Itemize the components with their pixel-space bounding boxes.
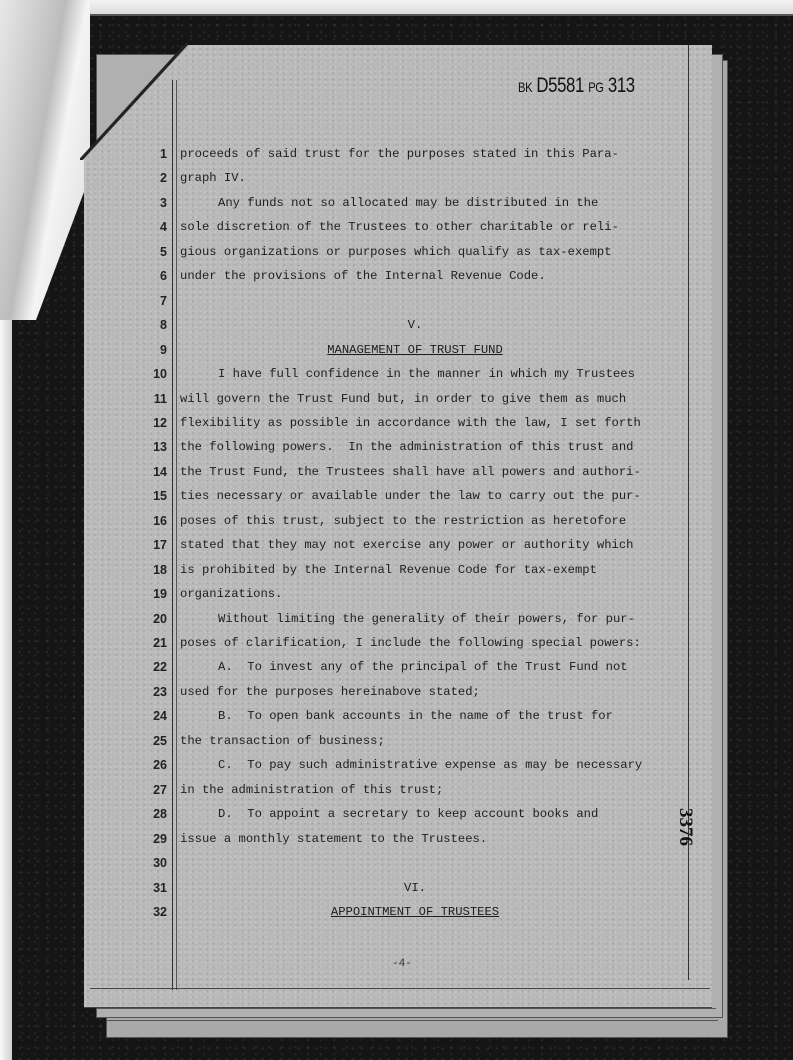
line-number: 21 — [140, 633, 167, 653]
document-line: 2graph IV. — [140, 168, 700, 188]
document-line: 16poses of this trust, subject to the re… — [140, 511, 700, 531]
line-number: 15 — [140, 486, 167, 506]
document-line: 32APPOINTMENT OF TRUSTEES — [140, 902, 700, 922]
document-line: 20Without limiting the generality of the… — [140, 609, 700, 629]
line-number: 26 — [140, 755, 167, 775]
line-number: 9 — [140, 340, 167, 360]
document-line: 6under the provisions of the Internal Re… — [140, 266, 700, 286]
line-text: organizations. — [180, 584, 282, 604]
line-text: VI. — [180, 878, 650, 898]
document-line: 4sole discretion of the Trustees to othe… — [140, 217, 700, 237]
line-number: 5 — [140, 242, 167, 262]
book-page-reference-stamp: BK D5581 PG 313 — [518, 74, 635, 98]
document-line: 13the following powers. In the administr… — [140, 437, 700, 457]
line-text: is prohibited by the Internal Revenue Co… — [180, 560, 597, 580]
scanner-top-edge — [0, 0, 793, 16]
document-line: 15ties necessary or available under the … — [140, 486, 700, 506]
line-number: 31 — [140, 878, 167, 898]
page-number: -4- — [392, 958, 412, 970]
book-label: BK — [518, 79, 532, 95]
document-line: 24B. To open bank accounts in the name o… — [140, 706, 700, 726]
line-number: 17 — [140, 535, 167, 555]
line-number: 2 — [140, 168, 167, 188]
document-line: 19organizations. — [140, 584, 700, 604]
document-line: 10I have full confidence in the manner i… — [140, 364, 700, 384]
line-text: used for the purposes hereinabove stated… — [180, 682, 480, 702]
document-line: 17stated that they may not exercise any … — [140, 535, 700, 555]
line-number: 4 — [140, 217, 167, 237]
line-text: I have full confidence in the manner in … — [218, 364, 635, 384]
line-number: 1 — [140, 144, 167, 164]
line-number: 25 — [140, 731, 167, 751]
document-line: 14the Trust Fund, the Trustees shall hav… — [140, 462, 700, 482]
line-text: issue a monthly statement to the Trustee… — [180, 829, 487, 849]
document-line: 27in the administration of this trust; — [140, 780, 700, 800]
document-line: 12flexibility as possible in accordance … — [140, 413, 700, 433]
side-stamp-number: 3376 — [674, 808, 696, 868]
line-number: 13 — [140, 437, 167, 457]
line-number: 3 — [140, 193, 167, 213]
document-line: 29issue a monthly statement to the Trust… — [140, 829, 700, 849]
line-text: under the provisions of the Internal Rev… — [180, 266, 546, 286]
line-number: 22 — [140, 657, 167, 677]
document-line: 3Any funds not so allocated may be distr… — [140, 193, 700, 213]
line-number: 23 — [140, 682, 167, 702]
line-text: will govern the Trust Fund but, in order… — [180, 389, 626, 409]
line-number: 8 — [140, 315, 167, 335]
line-number: 28 — [140, 804, 167, 824]
line-text: proceeds of said trust for the purposes … — [180, 144, 619, 164]
line-text: A. To invest any of the principal of the… — [218, 657, 628, 677]
line-number: 27 — [140, 780, 167, 800]
line-number: 16 — [140, 511, 167, 531]
line-number: 29 — [140, 829, 167, 849]
line-text: poses of clarification, I include the fo… — [180, 633, 641, 653]
line-text: V. — [180, 315, 650, 335]
document-line: 26C. To pay such administrative expense … — [140, 755, 700, 775]
line-text: the transaction of business; — [180, 731, 385, 751]
document-line: 21poses of clarification, I include the … — [140, 633, 700, 653]
line-number: 14 — [140, 462, 167, 482]
line-text: flexibility as possible in accordance wi… — [180, 413, 641, 433]
document-line: 11will govern the Trust Fund but, in ord… — [140, 389, 700, 409]
document-line: 25the transaction of business; — [140, 731, 700, 751]
document-line: 31VI. — [140, 878, 700, 898]
page-bottom-edge — [90, 988, 710, 989]
line-number: 10 — [140, 364, 167, 384]
document-line: 18is prohibited by the Internal Revenue … — [140, 560, 700, 580]
document-line: 1proceeds of said trust for the purposes… — [140, 144, 700, 164]
line-text: the Trust Fund, the Trustees shall have … — [180, 462, 641, 482]
book-page-number: 313 — [608, 74, 635, 97]
document-line: 22A. To invest any of the principal of t… — [140, 657, 700, 677]
line-number: 30 — [140, 853, 167, 873]
line-number: 24 — [140, 706, 167, 726]
line-text: the following powers. In the administrat… — [180, 437, 633, 457]
line-text: D. To appoint a secretary to keep accoun… — [218, 804, 598, 824]
document-line: 28D. To appoint a secretary to keep acco… — [140, 804, 700, 824]
sheet-bottom-edge — [106, 1020, 718, 1021]
line-text: stated that they may not exercise any po… — [180, 535, 633, 555]
page-label: PG — [588, 79, 603, 95]
document-line: 9MANAGEMENT OF TRUST FUND — [140, 340, 700, 360]
sheet-bottom-edge — [96, 1008, 716, 1009]
section-heading: MANAGEMENT OF TRUST FUND — [180, 340, 650, 360]
line-text: C. To pay such administrative expense as… — [218, 755, 642, 775]
line-number: 18 — [140, 560, 167, 580]
document-line: 5gious organizations or purposes which q… — [140, 242, 700, 262]
book-number: D5581 — [536, 74, 584, 97]
line-number: 11 — [140, 389, 167, 409]
line-number: 20 — [140, 609, 167, 629]
line-text: Any funds not so allocated may be distri… — [218, 193, 598, 213]
line-number: 32 — [140, 902, 167, 922]
document-line: 30 — [140, 853, 700, 873]
line-text: sole discretion of the Trustees to other… — [180, 217, 619, 237]
document-line: 7 — [140, 291, 700, 311]
line-number: 6 — [140, 266, 167, 286]
line-text: gious organizations or purposes which qu… — [180, 242, 612, 262]
line-number: 7 — [140, 291, 167, 311]
line-text: in the administration of this trust; — [180, 780, 443, 800]
line-number: 19 — [140, 584, 167, 604]
document-line: 8V. — [140, 315, 700, 335]
section-heading: APPOINTMENT OF TRUSTEES — [180, 902, 650, 922]
line-number: 12 — [140, 413, 167, 433]
line-text: poses of this trust, subject to the rest… — [180, 511, 626, 531]
line-text: B. To open bank accounts in the name of … — [218, 706, 613, 726]
line-text: ties necessary or available under the la… — [180, 486, 641, 506]
line-text: graph IV. — [180, 168, 246, 188]
document-line: 23used for the purposes hereinabove stat… — [140, 682, 700, 702]
line-text: Without limiting the generality of their… — [218, 609, 635, 629]
